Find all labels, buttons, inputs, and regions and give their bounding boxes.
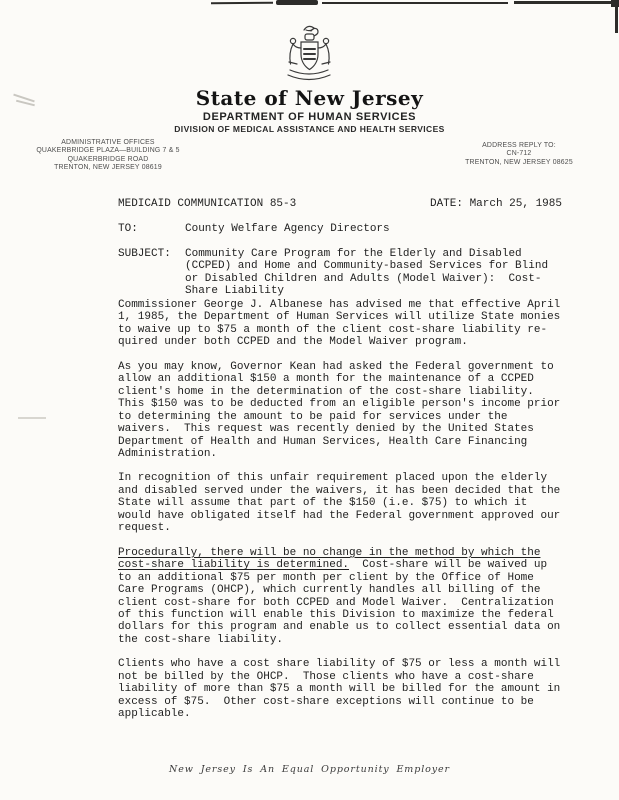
scan-artifact xyxy=(514,1,616,4)
scan-smudge xyxy=(18,417,46,419)
address-line: ADMINISTRATIVE OFFICES xyxy=(12,139,204,147)
to-value: County Welfare Agency Directors xyxy=(185,223,390,235)
memo-to-row: TO: County Welfare Agency Directors xyxy=(118,223,390,235)
reply-address: ADDRESS REPLY TO: CN-712 TRENTON, NEW JE… xyxy=(428,142,610,167)
scan-artifact xyxy=(276,0,318,5)
subject-label: SUBJECT: xyxy=(118,248,185,298)
paragraph-1: Commissioner George J. Albanese has advi… xyxy=(118,299,576,349)
paragraph-5: Clients who have a cost share liability … xyxy=(118,658,576,720)
scan-artifact xyxy=(615,6,618,33)
to-label: TO: xyxy=(118,223,185,235)
state-title: State of New Jersey xyxy=(0,86,619,110)
paragraph-2: As you may know, Governor Kean had asked… xyxy=(118,361,576,461)
subject-value: Community Care Program for the Elderly a… xyxy=(185,248,548,298)
paragraph-3: In recognition of this unfair requiremen… xyxy=(118,472,576,534)
address-line: ADDRESS REPLY TO: xyxy=(428,142,610,150)
address-line: TRENTON, NEW JERSEY 08619 xyxy=(12,164,204,172)
scan-artifact xyxy=(322,2,508,4)
address-line: QUAKERBRIDGE ROAD xyxy=(12,156,204,164)
letter-body: Commissioner George J. Albanese has advi… xyxy=(118,299,576,733)
memo-subject-row: SUBJECT: Community Care Program for the … xyxy=(118,248,576,298)
equal-opportunity-footer: New Jersey Is An Equal Opportunity Emplo… xyxy=(0,764,619,775)
memo-date: DATE: March 25, 1985 xyxy=(430,198,562,210)
scanned-memo-page: State of New Jersey DEPARTMENT OF HUMAN … xyxy=(0,0,619,800)
paragraph-4: Procedurally, there will be no change in… xyxy=(118,547,576,647)
address-line: TRENTON, NEW JERSEY 08625 xyxy=(428,159,610,167)
address-line: CN-712 xyxy=(428,150,610,158)
address-line: QUAKERBRIDGE PLAZA—BUILDING 7 & 5 xyxy=(12,147,204,155)
paragraph-4-rest: Cost-share will be waived up to an addit… xyxy=(118,559,560,646)
department-title: DEPARTMENT OF HUMAN SERVICES xyxy=(0,111,619,123)
scan-artifact xyxy=(211,2,273,4)
memo-id: MEDICAID COMMUNICATION 85-3 xyxy=(118,198,296,210)
administrative-offices-address: ADMINISTRATIVE OFFICES QUAKERBRIDGE PLAZ… xyxy=(12,139,204,172)
division-title: DIVISION OF MEDICAL ASSISTANCE AND HEALT… xyxy=(0,124,619,134)
nj-state-seal-icon xyxy=(278,22,340,88)
memo-heading-row: MEDICAID COMMUNICATION 85-3 DATE: March … xyxy=(118,198,562,210)
